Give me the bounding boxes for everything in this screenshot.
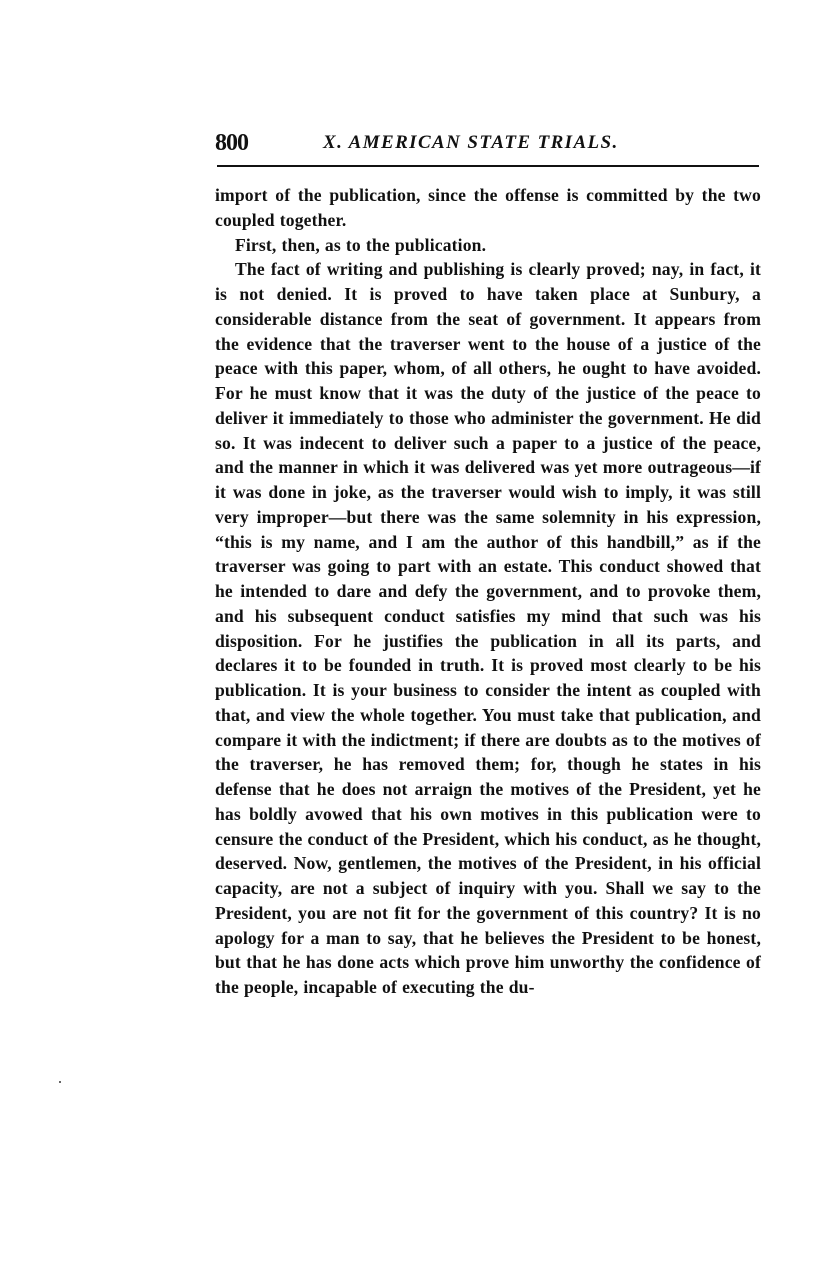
book-page: 800 X. AMERICAN STATE TRIALS. import of … (215, 128, 761, 162)
paragraph-main-argument: The fact of writing and publishing is cl… (215, 257, 761, 1000)
header-rule-divider (217, 165, 759, 167)
running-head-title: X. AMERICAN STATE TRIALS. (323, 132, 619, 154)
paragraph-first-then: First, then, as to the publication. (215, 233, 761, 258)
body-text: import of the publication, since the off… (215, 183, 761, 1000)
scan-artifact-dot (59, 1081, 61, 1083)
page-number: 800 (215, 130, 248, 157)
paragraph-continuation: import of the publication, since the off… (215, 183, 761, 233)
running-head: 800 X. AMERICAN STATE TRIALS. (215, 128, 761, 162)
